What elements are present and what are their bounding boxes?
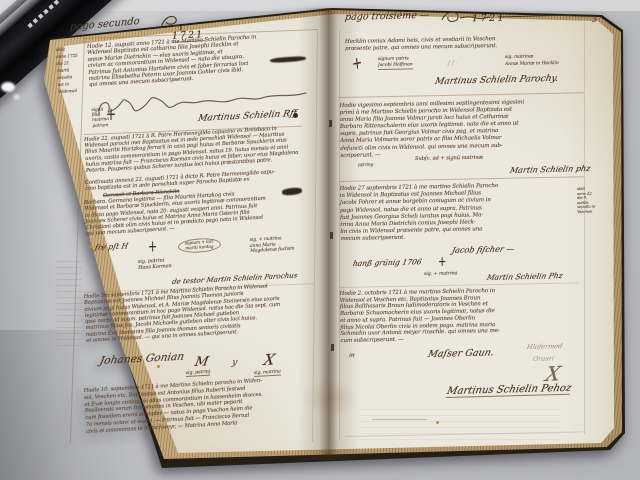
witness-mark-left: fre pſt H: [94, 241, 129, 252]
manuscript-line: Annæ Mariæ in Hecklin: [505, 60, 559, 68]
binding-stitch: [330, 232, 333, 239]
show-through-text-ghost: [360, 408, 560, 440]
witness-cross-mark: +: [148, 237, 157, 255]
manuscript-line: Jacobi Hoffman: [378, 62, 413, 69]
photograph-of-open-register: pago secundo 1721 obiitanno 1725die 21.m…: [0, 0, 640, 480]
witness-cross-mark: +: [106, 104, 116, 125]
binding-stitch: [329, 120, 332, 127]
left-margin-note: obiitanno 1725die 21.martiisepultaest in…: [56, 45, 80, 95]
witness-signature-faint-1: Hlofermed: [526, 342, 563, 351]
entry6-sub-left: pytring: [358, 163, 373, 168]
baptism-entry-6: Hodie vigesimo septembris anni millesimi…: [339, 99, 525, 159]
signum-patris-note: signum patrisJacobi Hoffman: [378, 56, 413, 70]
manuscript-line: Widensol: [58, 87, 80, 95]
foxing-spot: [89, 245, 92, 248]
witness-signature-gaun: Maſser Gaun.: [427, 347, 495, 360]
witness-signature-fischer: Jacob fiſcher —: [451, 244, 515, 255]
right-header-flourish-icon: [438, 8, 578, 28]
book-shadow-wrapper: pago secundo 1721 obiitanno 1725die 21.m…: [0, 0, 640, 480]
small-mark: m: [348, 352, 355, 359]
manuscript-line: mariti kontag: [185, 245, 214, 252]
right-page-year: 1721: [472, 13, 506, 25]
faint-scribble: ƒ ſ ·: [448, 60, 458, 67]
foxing-spot: [157, 365, 160, 368]
baptism-entry-8: Hodie 2. octobris 1721 à me martino Schi…: [339, 288, 499, 345]
ink-dot: [293, 113, 298, 118]
entry-continuation: Hecklin coniux Adami heis, civis et vest…: [345, 36, 497, 53]
left-header-flourish-icon: [158, 14, 184, 32]
manuscript-line: Veschen: [577, 210, 595, 215]
right-page-label: pago troisième —: [344, 10, 430, 23]
open-register-book: pago secundo 1721 obiitanno 1725die 21.m…: [0, 0, 640, 480]
baptism-entry-7: Hodie 27 septembris 1721 à me martino Sc…: [339, 183, 499, 244]
sig-matrinae-note: sig. matrinæAnnæ Mariæ in Hecklin: [505, 54, 559, 68]
witness-cross-mark: +: [351, 52, 363, 73]
witness-signature-gruenig: hanß grünig 1706: [352, 257, 423, 268]
witness-cross-mark: +: [438, 255, 446, 270]
page-number: 3: [592, 16, 596, 24]
label-sig-matrina-right: sig. + matrina: [424, 271, 457, 277]
binding-stitch: [331, 344, 334, 351]
matrina-witness-note: sig. + matrinaanna MariaMagdalenæ fuchsi…: [250, 235, 295, 254]
right-margin-note: obiitanno 22die 9.aprilissepulta inVesch…: [577, 187, 595, 215]
show-through-text-ghost: [56, 258, 82, 346]
right-page-right-rule: [584, 22, 585, 434]
patrini-witness-note: sig. patriniHans Korman: [138, 257, 172, 271]
